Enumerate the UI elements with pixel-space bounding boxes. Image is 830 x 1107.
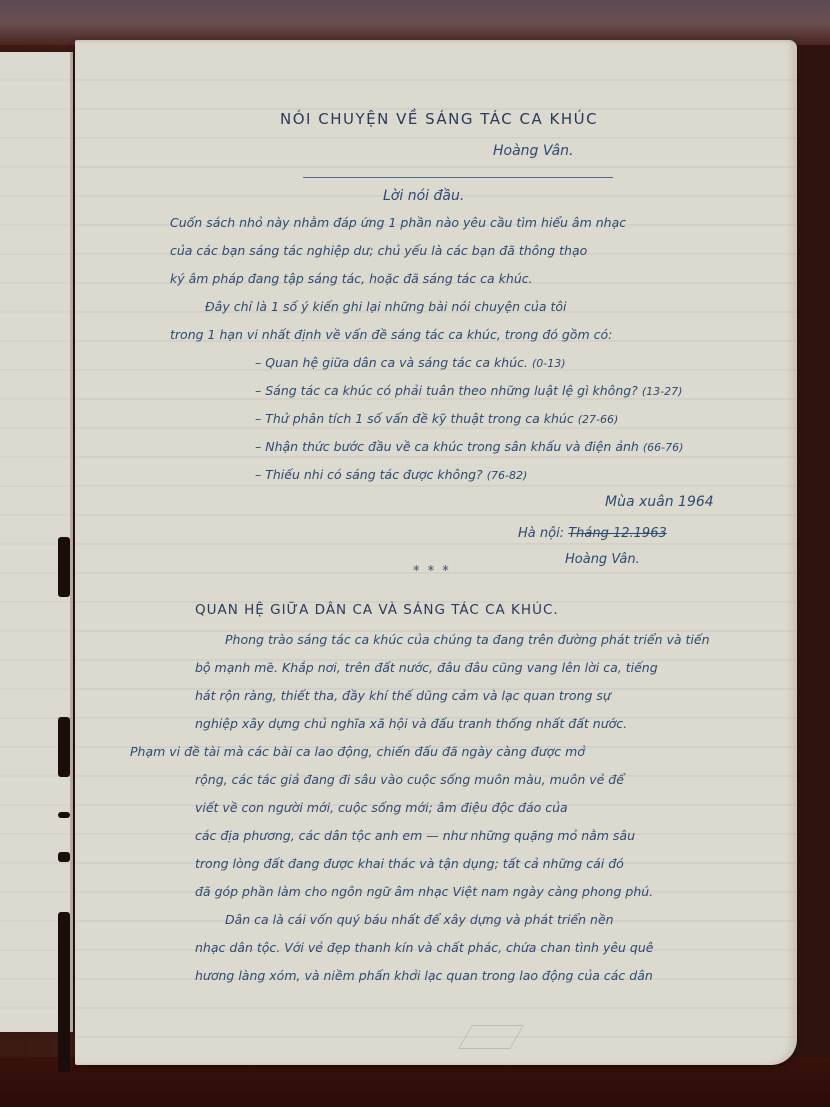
body-line: bộ mạnh mẽ. Khắp nơi, trên đất nước, đâu…	[195, 660, 658, 675]
intro-line: Đây chỉ là 1 số ý kiến ghi lại những bài…	[205, 299, 566, 314]
torn-edge	[58, 852, 70, 862]
body-line: Phạm vi đề tài mà các bài ca lao động, c…	[130, 744, 585, 759]
document-title: NÓI CHUYỆN VỀ SÁNG TÁC CA KHÚC	[280, 110, 598, 128]
intro-line: Cuốn sách nhỏ này nhằm đáp ứng 1 phần nà…	[170, 215, 626, 230]
body-line: hương làng xóm, và niềm phấn khởi lạc qu…	[195, 968, 653, 983]
torn-edge	[58, 912, 70, 1072]
embossed-stamp	[458, 1025, 524, 1049]
torn-edge	[58, 537, 70, 597]
body-line: viết về con người mới, cuộc sống mới; âm…	[195, 800, 568, 815]
left-notebook-page	[0, 52, 73, 1032]
body-line: Phong trào sáng tác ca khúc của chúng ta…	[225, 632, 710, 647]
intro-line: trong 1 hạn vi nhất định về vấn đề sáng …	[170, 327, 612, 342]
body-line: trong lòng đất đang được khai thác và tậ…	[195, 856, 624, 871]
contents-item: – Quan hệ giữa dân ca và sáng tác ca khú…	[255, 355, 566, 370]
torn-edge	[58, 812, 70, 818]
body-line: hát rộn ràng, thiết tha, đầy khí thế dũn…	[195, 688, 611, 703]
signature-place: Hà nội: Tháng 12.1963	[518, 526, 667, 541]
struck-date: Tháng 12.1963	[568, 526, 667, 541]
intro-heading: Lời nói đầu.	[383, 188, 464, 204]
signature-season: Mùa xuân 1964	[605, 494, 714, 510]
intro-line: ký âm pháp đang tập sáng tác, hoặc đã sá…	[170, 271, 533, 286]
intro-line: của các bạn sáng tác nghiệp dư; chủ yếu …	[170, 243, 587, 258]
torn-edge	[58, 717, 70, 777]
body-line: Dân ca là cái vốn quý báu nhất để xây dự…	[225, 912, 614, 927]
contents-item: – Nhận thức bước đầu về ca khúc trong sâ…	[255, 439, 683, 454]
contents-item: – Thử phân tích 1 số vấn đề kỹ thuật tro…	[255, 411, 618, 426]
wooden-table-top	[0, 0, 830, 45]
body-line: các địa phương, các dân tộc anh em — như…	[195, 828, 635, 843]
separator-stars: * * *	[413, 564, 451, 579]
manuscript-page: NÓI CHUYỆN VỀ SÁNG TÁC CA KHÚC Hoàng Vân…	[75, 40, 797, 1065]
signature-name: Hoàng Vân.	[565, 552, 640, 567]
body-line: đã góp phần làm cho ngôn ngữ âm nhạc Việ…	[195, 884, 653, 899]
section-heading: QUAN HỆ GIỮA DÂN CA VÀ SÁNG TÁC CA KHÚC.	[195, 602, 559, 618]
contents-item: – Sáng tác ca khúc có phải tuân theo nhữ…	[255, 383, 682, 398]
body-line: nghiệp xây dựng chủ nghĩa xã hội và đấu …	[195, 716, 627, 731]
contents-item: – Thiếu nhi có sáng tác được không? (76-…	[255, 467, 527, 482]
body-line: rộng, các tác giả đang đi sâu vào cuộc s…	[195, 772, 624, 787]
title-underline	[303, 177, 613, 178]
document-author: Hoàng Vân.	[493, 143, 573, 159]
body-line: nhạc dân tộc. Với vẻ đẹp thanh kín và ch…	[195, 940, 653, 955]
